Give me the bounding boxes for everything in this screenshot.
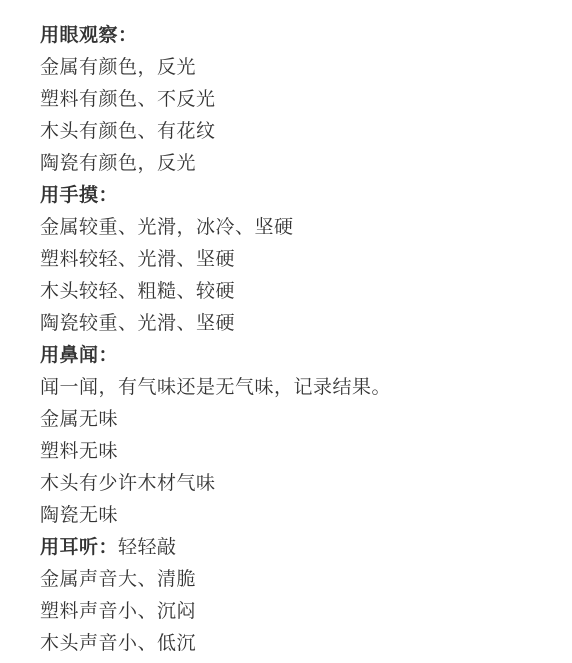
observation-line: 陶瓷有颜色，反光 xyxy=(40,147,572,179)
instruction-line: 闻一闻，有气味还是无气味，记录结果。 xyxy=(40,371,572,403)
section-heading-touch: 用手摸： xyxy=(40,179,572,211)
observation-line: 木头声音小、低沉 xyxy=(40,627,572,659)
observation-line: 塑料有颜色、不反光 xyxy=(40,83,572,115)
heading-text: 用耳听： xyxy=(40,536,118,558)
observation-line: 塑料声音小、沉闷 xyxy=(40,595,572,627)
heading-suffix: 轻轻敲 xyxy=(118,536,177,558)
heading-text: 用鼻闻： xyxy=(40,344,118,366)
heading-text: 用手摸： xyxy=(40,184,118,206)
observation-line: 金属声音大、清脆 xyxy=(40,563,572,595)
section-heading-hearing: 用耳听：轻轻敲 xyxy=(40,531,572,563)
section-heading-eyes: 用眼观察： xyxy=(40,19,572,51)
observation-line: 塑料无味 xyxy=(40,435,572,467)
observation-line: 塑料较轻、光滑、坚硬 xyxy=(40,243,572,275)
observation-line: 金属较重、光滑，冰冷、坚硬 xyxy=(40,211,572,243)
observation-line: 陶瓷较重、光滑、坚硬 xyxy=(40,307,572,339)
observation-line: 陶瓷无味 xyxy=(40,499,572,531)
observation-line: 木头有颜色、有花纹 xyxy=(40,115,572,147)
observation-line: 金属无味 xyxy=(40,403,572,435)
heading-text: 用眼观察： xyxy=(40,24,138,46)
observation-line: 金属有颜色，反光 xyxy=(40,51,572,83)
section-heading-smell: 用鼻闻： xyxy=(40,339,572,371)
observation-line: 木头有少许木材气味 xyxy=(40,467,572,499)
observation-line: 木头较轻、粗糙、较硬 xyxy=(40,275,572,307)
document-body: 用眼观察： 金属有颜色，反光 塑料有颜色、不反光 木头有颜色、有花纹 陶瓷有颜色… xyxy=(0,0,572,659)
